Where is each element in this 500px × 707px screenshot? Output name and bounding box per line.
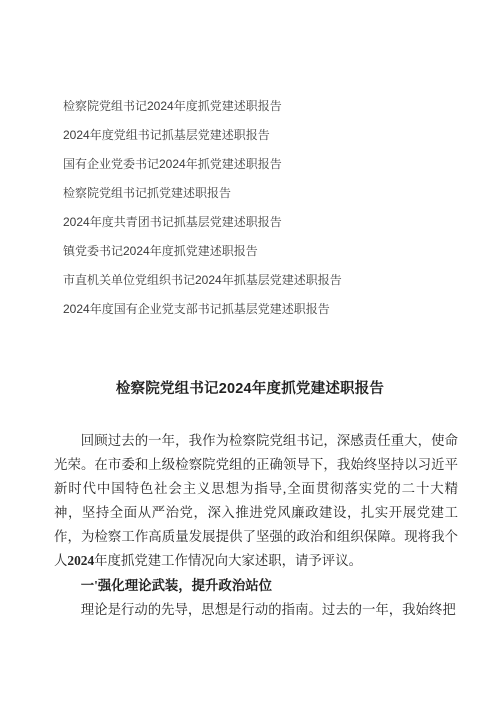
document-body: 回顾过去的一年，我作为检察院党组书记，深感责任重大，使命光荣。在市委和上级检察院… [54, 429, 458, 622]
related-doc-title: 2024年度党组书记抓基层党建述职报告 [63, 121, 342, 150]
opening-paragraph-bold-year: 2024 [67, 553, 94, 568]
opening-paragraph-text-end: 年度抓党建工作情况向大家述职，请予评议。 [94, 553, 362, 568]
document-page: 检察院党组书记2024年度抓党建述职报告 2024年度党组书记抓基层党建述职报告… [0, 0, 500, 707]
related-doc-title: 2024年度共青团书记抓基层党建述职报告 [63, 208, 342, 237]
document-title: 检察院党组书记2024年度抓党建述职报告 [0, 380, 500, 398]
opening-paragraph: 回顾过去的一年，我作为检察院党组书记，深感责任重大，使命光荣。在市委和上级检察院… [54, 429, 458, 574]
section-one-heading: 一'强化理论武装，提升政治站位 [54, 574, 458, 598]
opening-paragraph-text: 回顾过去的一年，我作为检察院党组书记，深感责任重大，使命光荣。在市委和上级检察院… [54, 433, 458, 568]
related-doc-title: 市直机关单位党组织书记2024年抓基层党建述职报告 [63, 266, 342, 295]
related-doc-title: 镇党委书记2024年度抓党建述职报告 [63, 237, 342, 266]
related-doc-title: 检察院党组书记抓党建述职报告 [63, 179, 342, 208]
related-doc-title: 检察院党组书记2024年度抓党建述职报告 [63, 92, 342, 121]
related-doc-title: 国有企业党委书记2024年抓党建述职报告 [63, 150, 342, 179]
related-doc-title: 2024年度国有企业党支部书记抓基层党建述职报告 [63, 295, 342, 324]
related-doc-list: 检察院党组书记2024年度抓党建述职报告 2024年度党组书记抓基层党建述职报告… [63, 92, 342, 324]
section-one-paragraph: 理论是行动的先导，思想是行动的指南。过去的一年，我始终把 [54, 598, 458, 622]
